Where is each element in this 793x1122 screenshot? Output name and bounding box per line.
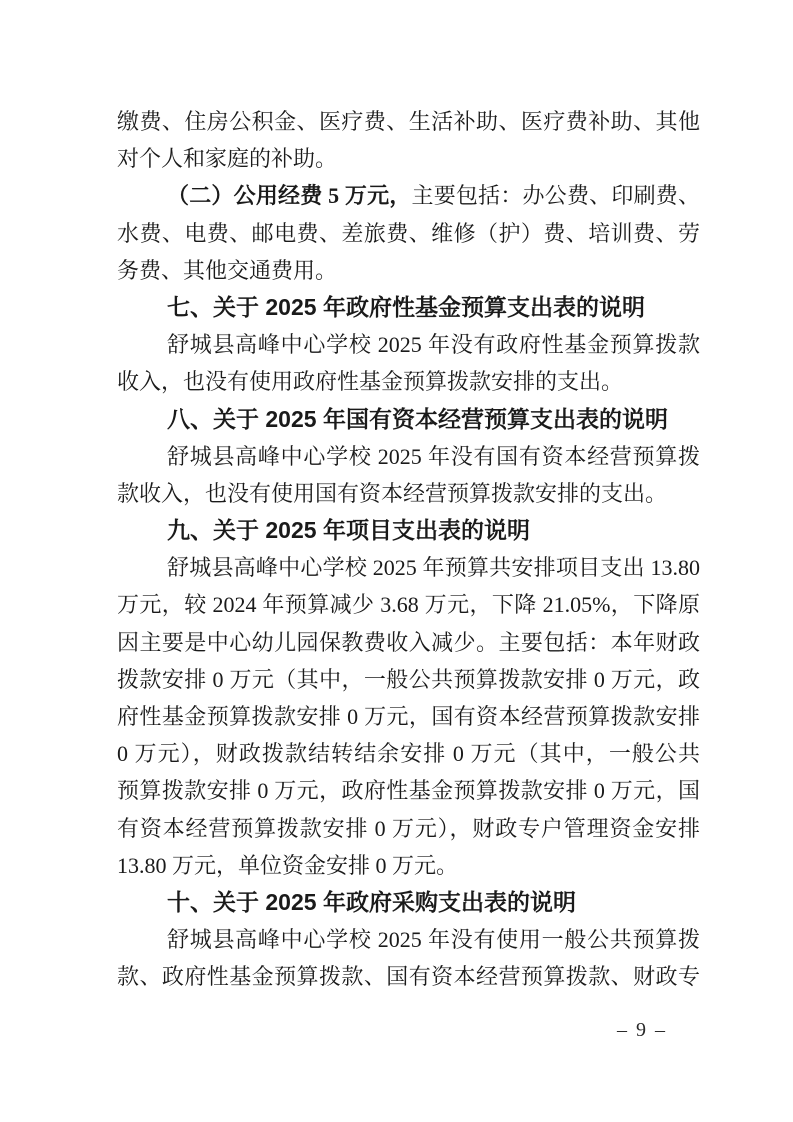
text-line: 13.80 万元，单位资金安排 0 万元。 — [117, 847, 700, 884]
text-segment: 主要包括：办公费、印刷费、 — [412, 183, 701, 208]
text-line: 拨款安排 0 万元（其中，一般公共预算拨款安排 0 万元，政 — [117, 661, 700, 698]
text-line: 舒城县高峰中心学校 2025 年没有政府性基金预算拨款 — [117, 326, 700, 363]
text-line: 款收入，也没有使用国有资本经营预算拨款安排的支出。 — [117, 475, 700, 512]
document-page: 缴费、住房公积金、医疗费、生活补助、医疗费补助、其他 对个人和家庭的补助。 （二… — [0, 0, 793, 1122]
emphasis-lead: （二）公用经费 5 万元， — [167, 183, 412, 208]
text-line: 务费、其他交通费用。 — [117, 252, 700, 289]
section-heading-8: 八、关于 2025 年国有资本经营预算支出表的说明 — [117, 401, 700, 438]
section-heading-7: 七、关于 2025 年政府性基金预算支出表的说明 — [117, 289, 700, 326]
page-number: – 9 – — [617, 1020, 667, 1040]
text-line: 舒城县高峰中心学校 2025 年没有国有资本经营预算拨 — [117, 438, 700, 475]
text-line: 0 万元），财政拨款结转结余安排 0 万元（其中，一般公共 — [117, 735, 700, 772]
text-line: 水费、电费、邮电费、差旅费、维修（护）费、培训费、劳 — [117, 215, 700, 252]
text-line: （二）公用经费 5 万元，主要包括：办公费、印刷费、 — [117, 177, 700, 214]
document-body: 缴费、住房公积金、医疗费、生活补助、医疗费补助、其他 对个人和家庭的补助。 （二… — [117, 103, 700, 996]
text-line: 有资本经营预算拨款安排 0 万元），财政专户管理资金安排 — [117, 810, 700, 847]
text-line: 舒城县高峰中心学校 2025 年没有使用一般公共预算拨 — [117, 921, 700, 958]
text-line: 舒城县高峰中心学校 2025 年预算共安排项目支出 13.80 — [117, 549, 700, 586]
text-line: 缴费、住房公积金、医疗费、生活补助、医疗费补助、其他 — [117, 103, 700, 140]
section-heading-10: 十、关于 2025 年政府采购支出表的说明 — [117, 884, 700, 921]
text-line: 因主要是中心幼儿园保教费收入减少。主要包括：本年财政 — [117, 624, 700, 661]
text-line: 预算拨款安排 0 万元，政府性基金预算拨款安排 0 万元，国 — [117, 772, 700, 809]
text-line: 款、政府性基金预算拨款、国有资本经营预算拨款、财政专 — [117, 958, 700, 995]
text-line: 对个人和家庭的补助。 — [117, 140, 700, 177]
text-line: 收入，也没有使用政府性基金预算拨款安排的支出。 — [117, 363, 700, 400]
section-heading-9: 九、关于 2025 年项目支出表的说明 — [117, 512, 700, 549]
text-line: 万元，较 2024 年预算减少 3.68 万元，下降 21.05%，下降原 — [117, 586, 700, 623]
text-line: 府性基金预算拨款安排 0 万元，国有资本经营预算拨款安排 — [117, 698, 700, 735]
